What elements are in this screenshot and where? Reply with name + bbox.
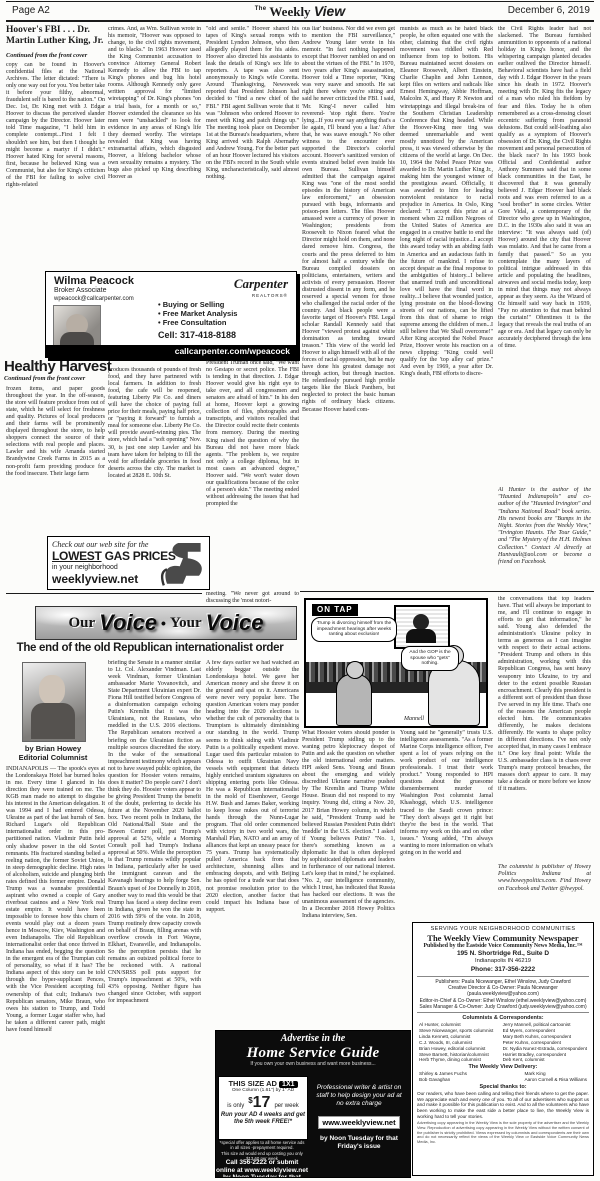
masthead-info-box: SERVING YOUR NEIGHBORHOOD COMMUNITIES Th…	[412, 922, 594, 1176]
newspaper-page: Page A2 The Weekly View December 6, 2019…	[0, 0, 600, 1181]
gas-ad-line2: LOWEST GAS PRICES	[52, 550, 176, 563]
gas-ad-line3: in your neighborhood	[52, 564, 118, 572]
section-rule-right	[300, 591, 594, 592]
hoover-column-5: munists as much as he hated black people…	[400, 26, 493, 588]
issue-date: December 6, 2019	[508, 5, 590, 16]
paper-name: The Weekly View Community Newspaper	[417, 933, 589, 943]
delivery-list: Shirley & James Fuchs Bob Gavaghan Mark …	[417, 1071, 589, 1083]
section-rule-left	[6, 593, 202, 594]
published-by: Published by the Eastside Voice Communit…	[417, 943, 589, 950]
thanks-text: Our readers, who have been calling and t…	[417, 1091, 589, 1119]
delivery-title: The Weekly View Delivery:	[417, 1064, 589, 1071]
this-size-ad-box: THIS SIZE AD 1X1 One Column (1.61") by 1…	[218, 1076, 308, 1140]
howey-column-5: Young said he "generally" trusts U.S. in…	[400, 730, 493, 920]
gas-prices-ad[interactable]: Check out our web site for the LOWEST GA…	[47, 536, 210, 590]
hoover-column-1: copy can be found in Hoover's confidenti…	[6, 62, 105, 268]
hoover-column-6: the Civil Rights leader had not slackene…	[498, 26, 591, 484]
hsg-subtitle: If you own your own business and want mo…	[216, 1061, 410, 1068]
sales-manager-line: Sales Manager & Co-Owner: Judy Crawford …	[417, 1004, 589, 1010]
tv-with-politician	[394, 605, 450, 649]
ad-call-info: Call 356-2222 or submit online at www.we…	[216, 1159, 308, 1178]
columnists-left: Al Hunter, columnist Steve Nicewanger, s…	[419, 1022, 493, 1063]
thanks-title: Special thanks to:	[417, 1084, 589, 1091]
masthead-weekly: Weekly	[269, 4, 310, 19]
hsg-advertise-line: Advertise in the	[216, 1031, 410, 1045]
columnist-bio-howey: The columnist is publisher of Howey Poli…	[498, 864, 591, 920]
hoover-column-4: ous liar' business. Nor did we even get …	[302, 26, 395, 588]
banner-our: Our	[68, 615, 95, 632]
hsg-title: Home Service Guide	[216, 1045, 410, 1061]
continued-note: Continued from the front cover	[6, 52, 106, 60]
realtor-phone: Cell: 317-418-8188	[158, 330, 236, 340]
office-phone: Phone: 317-356-2222	[417, 965, 589, 974]
banner-bullet: •	[161, 615, 166, 631]
divider	[417, 1012, 589, 1013]
continued-note-healthy: Continued from the front cover	[4, 375, 124, 383]
columnists-right: Jerry Mannell, political cartoonist Ed M…	[503, 1022, 587, 1063]
hoover-column-3b: President Truman once said, "We want no …	[206, 360, 299, 588]
header-top-rule	[6, 1, 594, 2]
editorial-cartoon: ON TAP Trump is divorcing himself from t…	[304, 598, 488, 728]
gas-ad-url: weeklyview.net	[52, 573, 138, 586]
columnists-title: Columnists & Correspondents:	[417, 1015, 589, 1022]
hsg-right-panel: Professional writer & artist on staff to…	[310, 1076, 408, 1175]
hsg-banner: Advertise in the Home Service Guide If y…	[216, 1031, 410, 1075]
columnists-list: Al Hunter, columnist Steve Nicewanger, s…	[417, 1022, 589, 1063]
healthy-column-2: produces thousands of pounds of fresh fo…	[108, 367, 201, 533]
realtor-url: callcarpenter.com/wpeacock	[46, 345, 296, 357]
brian-howey-photo	[22, 662, 86, 742]
howey-column-4: What Hoosier voters should ponder is Pre…	[302, 730, 395, 1026]
ad-url: www.weeklyview.net	[318, 1116, 400, 1129]
howey-column-6: the conversations that top leaders have.…	[498, 596, 591, 862]
speech-bubble-2: And the GOP is the spouse who "gets" not…	[401, 646, 459, 671]
banner-voice1: Voice	[99, 610, 157, 636]
author-bio-al-hunter: Al Hunter is the author of the "Haunted …	[498, 487, 591, 587]
banner-your: Your	[170, 615, 202, 632]
carpenter-logo: Carpenter REALTORS®	[234, 275, 288, 298]
hoover-column-3a: "old and senile." Hoover shared his tape…	[206, 26, 299, 268]
healthy-column-1: frozen items, and paper goods throughout…	[6, 386, 105, 532]
cartoon-title: ON TAP	[312, 604, 358, 616]
hoover-column-2: crimes. And, as Wm. Sullivan wrote in hi…	[108, 26, 201, 268]
divider	[417, 976, 589, 977]
cartoonist-signature: Mannell	[404, 716, 424, 722]
address-line1: 195 N. Shortridge Rd., Suite D	[417, 950, 589, 958]
ad-deadline-repeat: by Noon Tuesday for that Friday's issue	[310, 1135, 408, 1151]
voice-headline: The end of the old Republican internatio…	[2, 641, 298, 655]
ad-price: is only $17 per week	[219, 1094, 307, 1112]
gas-ad-line1: Check out our web site for the	[52, 540, 148, 549]
size-tag-1x1: 1X1	[279, 1081, 297, 1088]
realtor-bullets: • Buying or Selling • Free Market Analys…	[158, 300, 237, 327]
article-title-hoover: Hoover's FBI . . . Dr. Martin Luther Kin…	[6, 25, 108, 47]
ad-offer: Run your AD 4 weeks and get the 5th week…	[219, 1112, 307, 1126]
policy-text: Advertising copy appearing in the Weekly…	[417, 1121, 589, 1145]
header-bottom-rule	[6, 20, 594, 22]
speech-bubble-1: Trump is divorcing himself from the impe…	[311, 617, 397, 642]
serving-line: SERVING YOUR NEIGHBORHOOD COMMUNITIES	[417, 926, 589, 933]
masthead-the: The	[255, 6, 267, 12]
realtor-ad[interactable]: Wilma Peacock Broker Associate wpeacock@…	[45, 271, 297, 358]
ad-designer-note: Professional writer & artist on staff to…	[310, 1076, 408, 1108]
delivery-left: Shirley & James Fuchs Bob Gavaghan	[419, 1071, 467, 1083]
howey-column-3: A few days earlier we had watched an eld…	[206, 660, 299, 1024]
howey-column-1: INDIANAPOLIS — The spook's eyes at the L…	[6, 766, 105, 1176]
editor-line: Editor-in-Chief & Co-Owner: Ethel Winslo…	[417, 998, 589, 1004]
delivery-right: Mark King Aaron Cornell & Risa Williams	[524, 1071, 587, 1083]
realtor-title: Broker Associate	[54, 287, 107, 294]
masthead-view: View	[314, 3, 345, 19]
byline: by Brian Howey Editorial Columnist	[2, 744, 104, 762]
bar-patron-left	[336, 674, 372, 726]
home-service-guide-ad[interactable]: Advertise in the Home Service Guide If y…	[215, 1030, 411, 1178]
realtor-email: wpeacock@callcarpenter.com	[54, 296, 134, 302]
creative-director-line: Creative Director & Co-Owner: Paula Nice…	[417, 985, 589, 997]
gas-pump-image	[159, 539, 207, 587]
banner-voice2: Voice	[206, 610, 264, 636]
howey-column-2: briefing the Senate in a manner similar …	[108, 660, 201, 1176]
address-line2: Indianapolis IN 46219	[417, 958, 589, 965]
our-voice-banner: Our Voice • Your Voice	[35, 606, 297, 640]
hoover-column-3c: meeting. "We never got around to discuss…	[206, 591, 299, 606]
realtor-name: Wilma Peacock	[54, 275, 134, 287]
